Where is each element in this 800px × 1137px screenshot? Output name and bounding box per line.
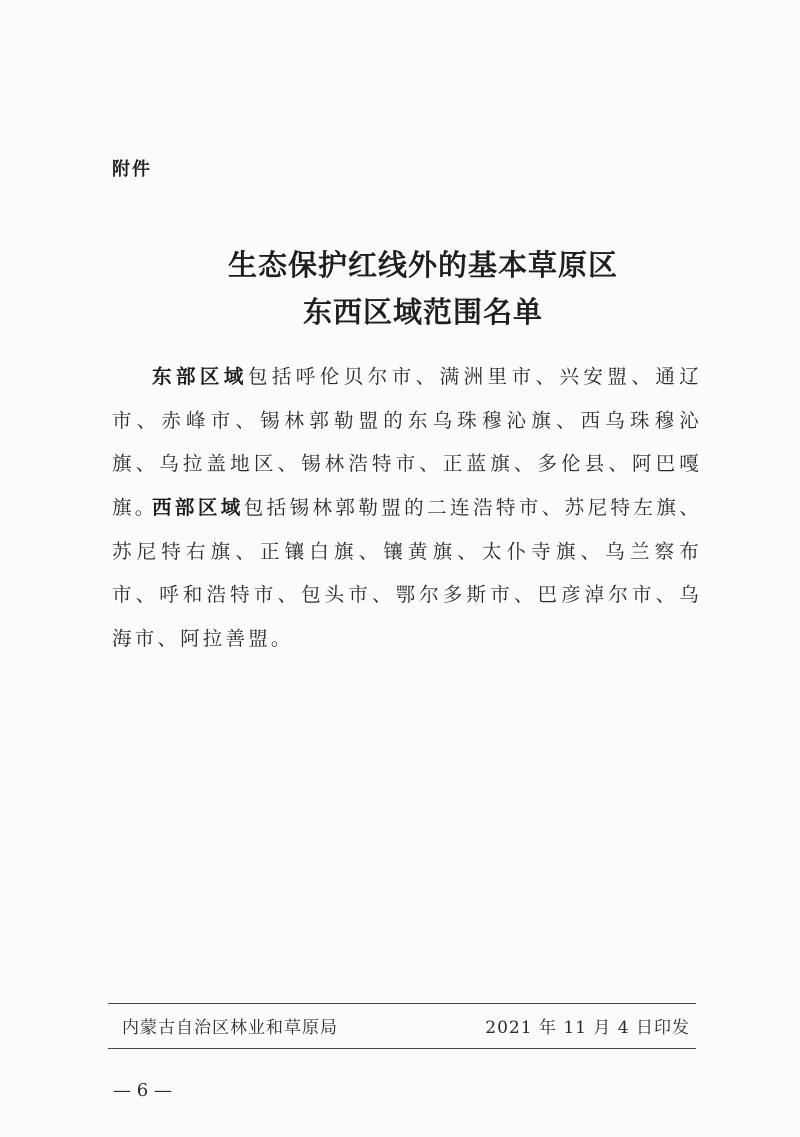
west-region-heading: 西部区域 [152, 496, 244, 519]
document-title-line2: 东西区域范围名单 [23, 290, 800, 331]
issue-date: 2021 年 11 月 4 日印发 [485, 1013, 690, 1038]
issuer-name: 内蒙古自治区林业和草原局 [122, 1013, 338, 1038]
page-number: — 6 — [113, 1080, 172, 1101]
west-region-text: 包括锡林郭勒盟的二连浩特市、苏尼特左旗、苏尼特右旗、正镶白旗、镶黄旗、太仆寺旗、… [112, 496, 702, 650]
footer-rule-top [108, 1003, 696, 1004]
paragraph-west-region: 西部区域包括锡林郭勒盟的二连浩特市、苏尼特左旗、苏尼特右旗、正镶白旗、镶黄旗、太… [112, 486, 702, 660]
attachment-label: 附件 [112, 155, 152, 181]
document-title-line1: 生态保护红线外的基本草原区 [23, 243, 800, 284]
footer-rule-bottom [108, 1048, 696, 1049]
east-region-heading: 东部区域 [152, 365, 248, 388]
